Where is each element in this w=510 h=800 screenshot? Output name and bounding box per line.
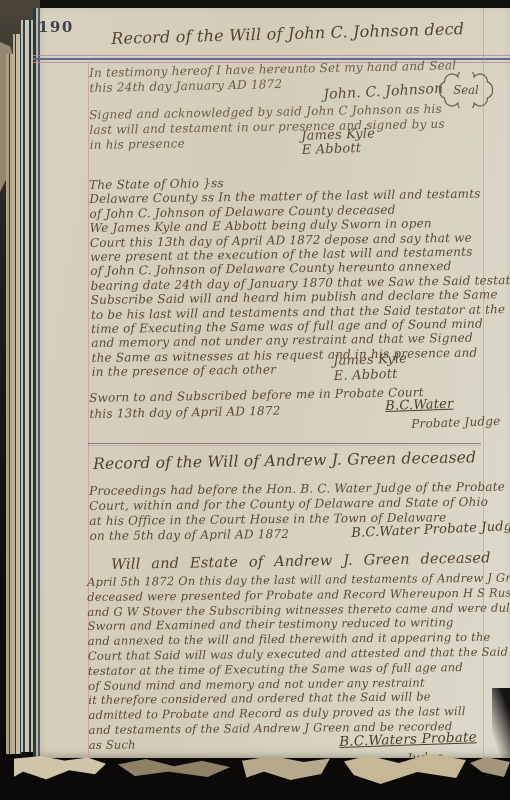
page-corner-shadow [492, 688, 510, 760]
section-title-johnson: Record of the Will of John C. Johnson de… [111, 19, 464, 48]
page-number: 190 [38, 18, 74, 36]
page-edge-rule [38, 8, 40, 760]
order-heading: Will and Estate of Andrew J. Green decea… [111, 550, 491, 573]
ledger-page: 190 Record of the Will of John C. Johnso… [33, 8, 510, 760]
seal-label: Seal [453, 83, 479, 97]
rule-pink [33, 55, 510, 56]
signature-witness: E Abbott [301, 141, 375, 158]
signature-witness: E. Abbott [334, 366, 408, 384]
section-separator-rule [88, 443, 481, 444]
probate-order: April 5th 1872 On this day the last will… [87, 570, 510, 752]
probate-affidavit: The State of Ohio }ss Delaware County ss… [89, 172, 510, 380]
signature-judge: B.C.Water [385, 397, 454, 414]
attestation-clause: Signed and acknowledged by said John C J… [89, 102, 445, 153]
page-edge-rule [33, 8, 36, 760]
witness-signatures: James Kyle E Abbott [301, 127, 376, 158]
witness-signatures: James Kyle E. Abbott [333, 351, 408, 384]
judge-title: Probate Judge [411, 414, 501, 431]
section-title-green: Record of the Will of Andrew J. Green de… [93, 448, 476, 473]
jurat-clause: Sworn to and Subscribed before me in Pro… [89, 385, 424, 422]
